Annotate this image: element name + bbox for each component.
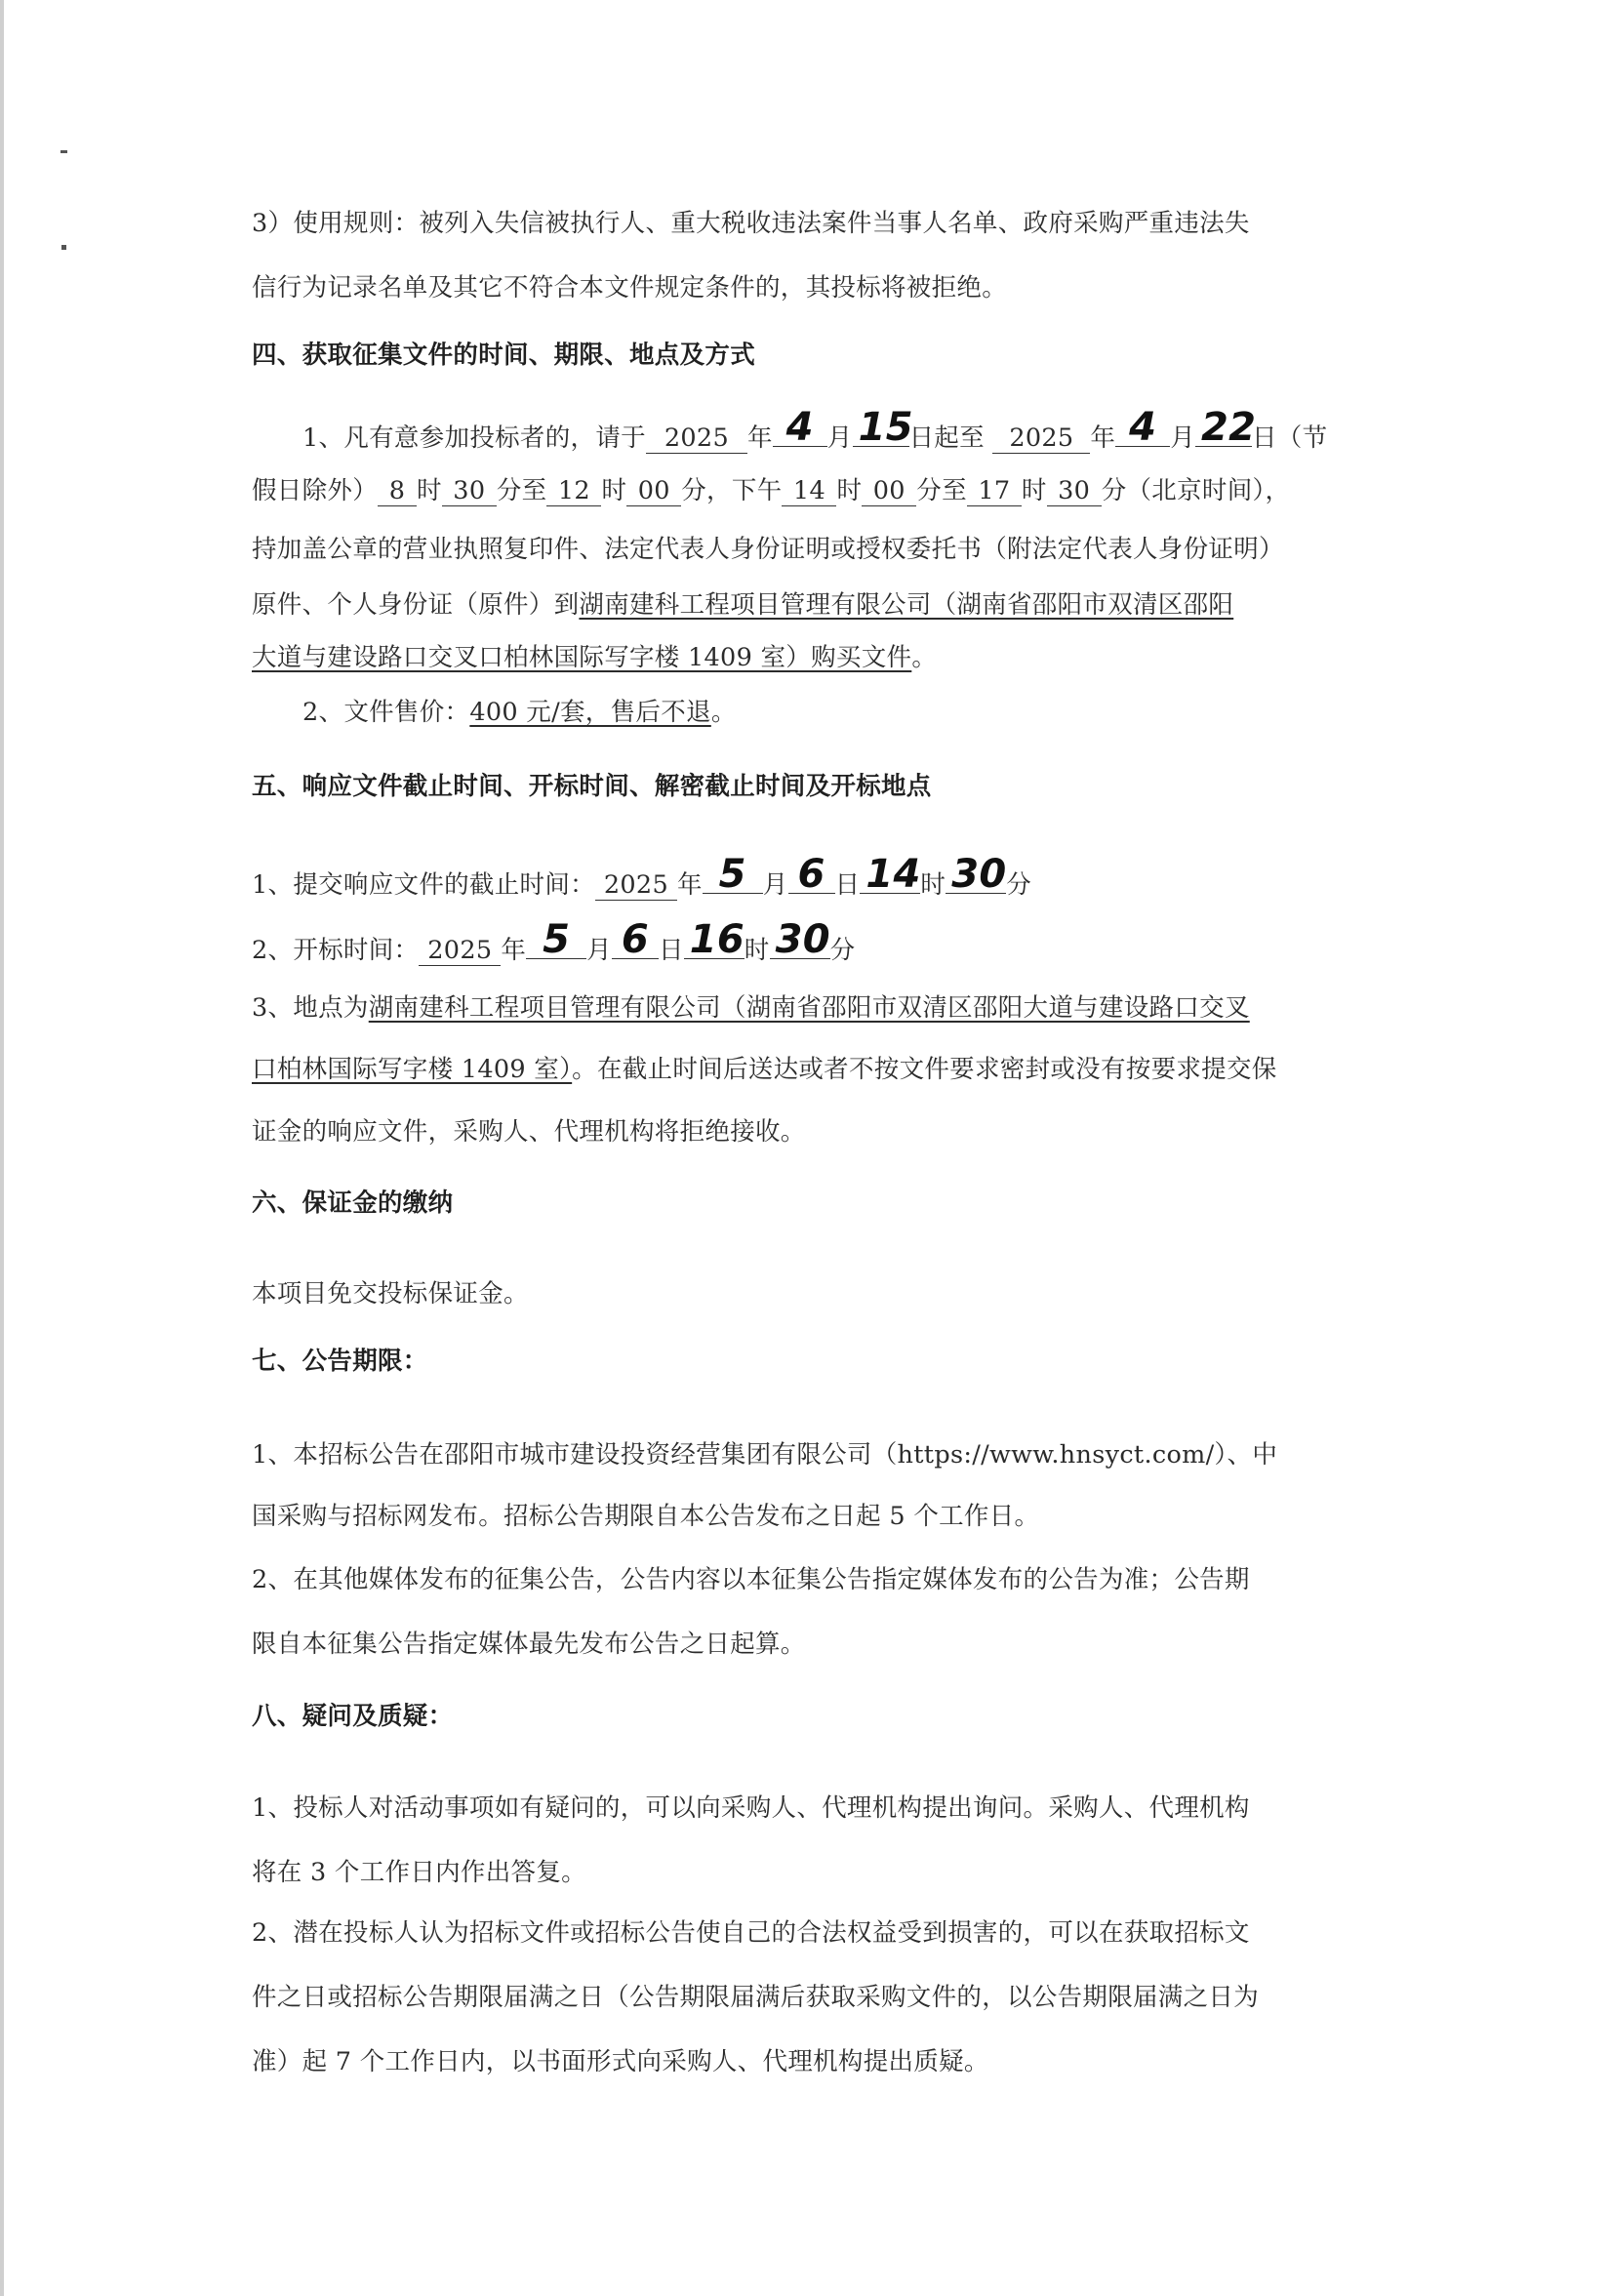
opening-month-handwritten: 5 (526, 921, 586, 959)
pm-end-hour-field: 17 (967, 476, 1022, 506)
section-6-heading: 六、保证金的缴纳 (252, 1187, 453, 1220)
deadline-hour-handwritten: 14 (860, 856, 920, 894)
section-4-item-1-line-3: 持加盖公章的营业执照复印件、法定代表人身份证明或授权委托书（附法定代表人身份证明… (252, 533, 1284, 566)
opening-place-line-3: 证金的响应文件，采购人、代理机构将拒绝接收。 (252, 1115, 806, 1148)
rule-line-1: 3）使用规则：被列入失信被执行人、重大税收违法案件当事人名单、政府采购严重违法失 (252, 207, 1250, 240)
am-end-minute-field: 00 (626, 476, 681, 506)
section-7-item-1-line-1: 1、本招标公告在邵阳市城市建设投资经营集团有限公司（https://www.hn… (252, 1438, 1277, 1471)
start-year-field: 2025 (646, 423, 747, 454)
am-end-hour-field: 12 (546, 476, 601, 506)
section-8-item-1-line-1: 1、投标人对活动事项如有疑问的，可以向采购人、代理机构提出询问。采购人、代理机构 (252, 1792, 1250, 1825)
end-year-field: 2025 (992, 423, 1090, 454)
section-7-item-1-line-2: 国采购与招标网发布。招标公告期限自本公告发布之日起 5 个工作日。 (252, 1500, 1039, 1533)
purchase-location-part-1: 湖南建科工程项目管理有限公司（湖南省邵阳市双清区邵阳 (579, 590, 1233, 620)
pm-end-minute-field: 30 (1047, 476, 1102, 506)
opening-place-line-2: 口柏林国际写字楼 1409 室）。在截止时间后送达或者不按文件要求密封或没有按要… (252, 1053, 1277, 1086)
rule-line-2: 信行为记录名单及其它不符合本文件规定条件的，其投标将被拒绝。 (252, 271, 1007, 304)
scan-left-edge (0, 0, 4, 2296)
purchase-location-part-2: 大道与建设路口交叉口柏林国际写字楼 1409 室）购买文件 (252, 643, 911, 672)
opening-location-part-2: 口柏林国际写字楼 1409 室） (252, 1055, 572, 1084)
end-day-handwritten: 22 (1195, 409, 1252, 447)
pm-start-minute-field: 00 (862, 476, 916, 506)
section-4-item-1-line-5: 大道与建设路口交叉口柏林国际写字楼 1409 室）购买文件。 (252, 641, 937, 674)
am-start-hour-field: 8 (378, 476, 417, 506)
opening-time: 2、开标时间：2025年5月6日16时30分 (252, 927, 855, 967)
deadline-month-handwritten: 5 (703, 856, 763, 894)
section-4-item-2: 2、文件售价：400 元/套，售后不退。 (302, 696, 737, 729)
section-8-item-2-line-1: 2、潜在投标人认为招标文件或招标公告使自己的合法权益受到损害的，可以在获取招标文 (252, 1916, 1250, 1950)
deadline-year-field: 2025 (595, 870, 677, 901)
section-6-body: 本项目免交投标保证金。 (252, 1277, 529, 1310)
section-4-item-1-line-1: 1、凡有意参加投标者的，请于2025年4月15日起至 2025年4月22日（节 (302, 415, 1327, 455)
section-8-item-2-line-3: 准）起 7 个工作日内，以书面形式向采购人、代理机构提出质疑。 (252, 2045, 989, 2078)
section-4-heading: 四、获取征集文件的时间、期限、地点及方式 (252, 339, 755, 372)
opening-year-field: 2025 (419, 936, 501, 966)
scan-dot-mark (61, 245, 66, 250)
am-start-minute-field: 30 (442, 476, 497, 506)
start-month-handwritten: 4 (773, 409, 827, 447)
submission-deadline: 1、提交响应文件的截止时间：2025年5月6日14时30分 (252, 862, 1031, 902)
deadline-day-handwritten: 6 (788, 856, 835, 894)
pm-start-hour-field: 14 (782, 476, 836, 506)
section-8-item-2-line-2: 件之日或招标公告期限届满之日（公告期限届满后获取采购文件的，以公告期限届满之日为 (252, 1981, 1259, 2014)
opening-location-part-1: 湖南建科工程项目管理有限公司（湖南省邵阳市双清区邵阳大道与建设路口交叉 (369, 993, 1250, 1023)
opening-day-handwritten: 6 (612, 921, 659, 959)
section-8-item-1-line-2: 将在 3 个工作日内作出答复。 (252, 1856, 586, 1889)
opening-hour-handwritten: 16 (684, 921, 745, 959)
scan-dash-mark (60, 150, 67, 153)
section-5-heading: 五、响应文件截止时间、开标时间、解密截止时间及开标地点 (252, 770, 932, 803)
section-4-item-1-line-2: 假日除外）8时30分至12时00分，下午14时00分至17时30分（北京时间）， (252, 474, 1290, 507)
section-7-heading: 七、公告期限： (252, 1345, 428, 1378)
section-7-item-2-line-1: 2、在其他媒体发布的征集公告，公告内容以本征集公告指定媒体发布的公告为准；公告期 (252, 1563, 1250, 1596)
deadline-minute-handwritten: 30 (946, 856, 1006, 894)
opening-place-line-1: 3、地点为湖南建科工程项目管理有限公司（湖南省邵阳市双清区邵阳大道与建设路口交叉 (252, 991, 1250, 1025)
section-4-item-1-line-4: 原件、个人身份证（原件）到湖南建科工程项目管理有限公司（湖南省邵阳市双清区邵阳 (252, 588, 1233, 622)
section-7-item-2-line-2: 限自本征集公告指定媒体最先发布公告之日起算。 (252, 1628, 806, 1661)
start-day-handwritten: 15 (853, 409, 909, 447)
end-month-handwritten: 4 (1115, 409, 1170, 447)
opening-minute-handwritten: 30 (770, 921, 830, 959)
document-price: 400 元/套，售后不退 (469, 698, 710, 727)
section-8-heading: 八、疑问及质疑： (252, 1700, 453, 1733)
